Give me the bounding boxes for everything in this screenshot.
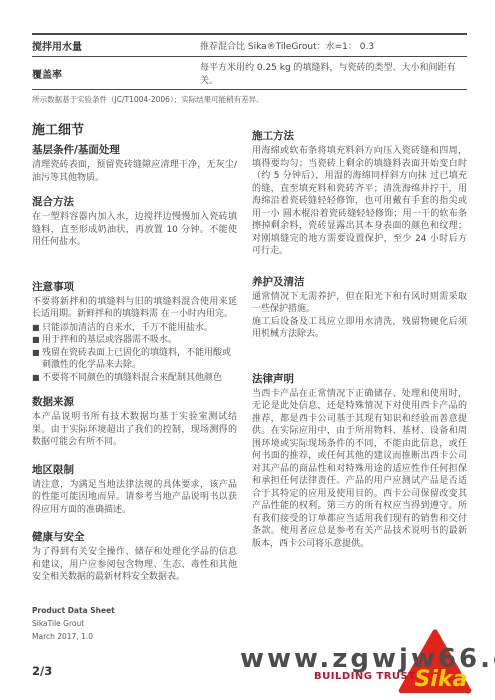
heading-legal: 法律声明 bbox=[252, 371, 467, 386]
bullet-square-icon: ■ bbox=[32, 372, 42, 385]
table-row: 覆盖率 每平方米用约 0.25 kg 的填缝料，与瓷砖的类型、大小和间距有关。 bbox=[32, 57, 467, 90]
bullet-text: 不要将不同颜色的填缝料混合来配制其他颜色 bbox=[42, 372, 222, 385]
heading-notes: 注意事项 bbox=[32, 279, 237, 294]
notes-bullet-list: ■ 只能添加清洁的自来水，千万不能用盐水。 ■ 用于拌和的基层或容器需不吸水。 … bbox=[32, 322, 237, 385]
heading-curing: 养护及清洁 bbox=[252, 274, 467, 289]
section-title-application-details: 施工细节 bbox=[32, 119, 237, 138]
bullet-square-icon: ■ bbox=[32, 347, 42, 372]
bullet-text: 用于拌和的基层或容器需不吸水。 bbox=[42, 334, 177, 347]
spec-table-note: 所示数据基于实验条件（JC/T1004-2006）；实际结果可能稍有差异。 bbox=[32, 90, 467, 105]
heading-application-method: 施工方法 bbox=[252, 128, 467, 143]
paragraph-curing-1: 通常情况下无需养护，但在阳光下和有风时则需采取一些保护措施。 bbox=[252, 291, 467, 316]
list-item: ■ 残留在瓷砖表面上已固化的填缝料，不能用酸或刺激性的化学品来去除。 bbox=[32, 347, 237, 372]
spec-value-coverage: 每平方米用约 0.25 kg 的填缝料，与瓷砖的类型、大小和间距有关。 bbox=[200, 60, 467, 86]
heading-substrate: 基层条件/基面处理 bbox=[32, 142, 237, 157]
heading-mixing: 混合方法 bbox=[32, 194, 237, 209]
heading-data-basis: 数据来源 bbox=[32, 394, 237, 409]
spec-table: 搅拌用水量 推荐混合比 Sika®TileGrout：水=1： 0.3 覆盖率 … bbox=[32, 33, 467, 90]
bullet-square-icon: ■ bbox=[32, 322, 42, 335]
bullet-text: 只能添加清洁的自来水，千万不能用盐水。 bbox=[42, 322, 213, 335]
footer-product-name: SikaTile Grout bbox=[32, 619, 115, 628]
list-item: ■ 不要将不同颜色的填缝料混合来配制其他颜色 bbox=[32, 372, 237, 385]
spec-label-mixing-water: 搅拌用水量 bbox=[32, 38, 200, 53]
footer-date-version: March 2017, 1.0 bbox=[32, 632, 115, 641]
right-column: 施工方法 用海绵或软布条将填充料斜方向压入瓷砖缝和四周，填得要均匀；当瓷砖上剩余… bbox=[252, 119, 467, 584]
bullet-text: 残留在瓷砖表面上已固化的填缝料，不能用酸或刺激性的化学品来去除。 bbox=[42, 347, 237, 372]
paragraph-health-safety: 为了得到有关安全操作、储存和处理化学品的信息和建议，用户应参阅包含物理、生态、毒… bbox=[32, 546, 237, 584]
paragraph-notes-intro: 不要将新拌和的填缝料与旧的填缝料混合使用来延长适用期。新鲜拌和的填缝料需 在一小… bbox=[32, 296, 237, 321]
page-content: 搅拌用水量 推荐混合比 Sika®TileGrout：水=1： 0.3 覆盖率 … bbox=[0, 0, 495, 584]
heading-local-restrictions: 地区限制 bbox=[32, 462, 237, 477]
paragraph-substrate: 清理瓷砖表面，预留瓷砖缝隙应清理干净，无灰尘/油污等其他物质。 bbox=[32, 159, 237, 184]
footer-doc-type: Product Data Sheet bbox=[32, 606, 115, 615]
watermark-text: www.zgwjw66.cn bbox=[240, 644, 475, 674]
table-row: 搅拌用水量 推荐混合比 Sika®TileGrout：水=1： 0.3 bbox=[32, 35, 467, 57]
paragraph-mixing: 在一塑料容器内加入水，边搅拌边慢慢加入瓷砖填缝料，直至形成奶油状，再放置 10 … bbox=[32, 211, 237, 249]
paragraph-legal: 当西卡产品在正常情况下正确储存、处理和使用时，无论是此处信息，还是特殊情况下对使… bbox=[252, 388, 467, 551]
list-item: ■ 用于拌和的基层或容器需不吸水。 bbox=[32, 334, 237, 347]
footer-document-meta: Product Data Sheet SikaTile Grout March … bbox=[32, 606, 115, 641]
heading-health-safety: 健康与安全 bbox=[32, 529, 237, 544]
bullet-square-icon: ■ bbox=[32, 334, 42, 347]
paragraph-local-restrictions: 请注意，为满足当地法律法规的具体要求，该产品的性能可能因地而异。请参考当地产品说… bbox=[32, 479, 237, 517]
paragraph-curing-2: 施工后设备及工具应立即用水清洗，残留物硬化后须用机械方法除去。 bbox=[252, 316, 467, 341]
list-item: ■ 只能添加清洁的自来水，千万不能用盐水。 bbox=[32, 322, 237, 335]
two-column-body: 施工细节 基层条件/基面处理 清理瓷砖表面，预留瓷砖缝隙应清理干净，无灰尘/油污… bbox=[32, 119, 467, 584]
building-trust-tagline: BUILDING TRUST bbox=[314, 671, 416, 682]
spec-label-coverage: 覆盖率 bbox=[32, 66, 200, 81]
left-column: 施工细节 基层条件/基面处理 清理瓷砖表面，预留瓷砖缝隙应清理干净，无灰尘/油污… bbox=[32, 119, 237, 584]
product-data-sheet-page: 搅拌用水量 推荐混合比 Sika®TileGrout：水=1： 0.3 覆盖率 … bbox=[0, 0, 495, 700]
paragraph-data-basis: 本产品说明书所有技术数据均基于实验室测试结果。由于实际环境超出了我们的控制，现场… bbox=[32, 411, 237, 449]
page-number: 2/3 bbox=[32, 664, 52, 678]
svg-text:®: ® bbox=[464, 687, 471, 695]
spec-value-mixing-water: 推荐混合比 Sika®TileGrout：水=1： 0.3 bbox=[200, 39, 374, 52]
paragraph-application-method: 用海绵或软布条将填充料斜方向压入瓷砖缝和四周，填得要均匀；当瓷砖上剩余的填缝料表… bbox=[252, 145, 467, 258]
